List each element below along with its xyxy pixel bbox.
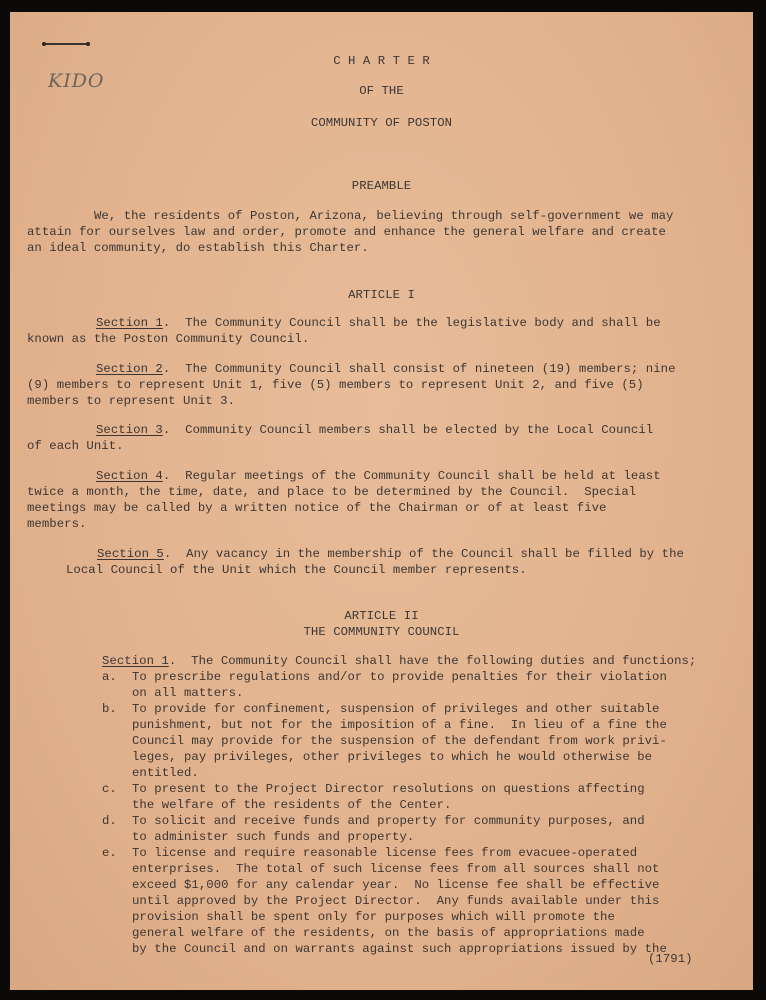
item-line: on all matters. xyxy=(132,686,243,700)
section-label: Section 1 xyxy=(96,316,163,330)
item-letter: d. xyxy=(102,814,117,828)
item-line: To present to the Project Director resol… xyxy=(132,782,645,796)
item-line: Council may provide for the suspension o… xyxy=(132,734,667,748)
title-charter: C H A R T E R xyxy=(10,54,753,68)
article-2-heading: ARTICLE II xyxy=(10,609,753,623)
section-label: Section 1 xyxy=(102,654,169,668)
item-line: general welfare of the residents, on the… xyxy=(132,926,645,940)
page-number: (1791) xyxy=(648,952,693,966)
item-letter: e. xyxy=(102,846,117,860)
section-label: Section 3 xyxy=(96,423,163,437)
section-4-line: members. xyxy=(27,517,86,531)
title-of-the: OF THE xyxy=(10,84,753,98)
item-line: punishment, but not for the imposition o… xyxy=(132,718,667,732)
staple-mark xyxy=(44,43,88,45)
section-3-line: of each Unit. xyxy=(27,439,124,453)
item-line: to administer such funds and property. xyxy=(132,830,414,844)
section-label: Section 2 xyxy=(96,362,163,376)
item-line: until approved by the Project Director. … xyxy=(132,894,659,908)
preamble-line: attain for ourselves law and order, prom… xyxy=(27,225,666,239)
preamble-heading: PREAMBLE xyxy=(10,179,753,193)
section-4-first-line: Section 4. Regular meetings of the Commu… xyxy=(96,469,661,483)
item-line: leges, pay privileges, other privileges … xyxy=(132,750,652,764)
item-line: enterprises. The total of such license f… xyxy=(132,862,659,876)
item-line: the welfare of the residents of the Cent… xyxy=(132,798,451,812)
item-letter: c. xyxy=(102,782,117,796)
item-line: To solicit and receive funds and propert… xyxy=(132,814,645,828)
title-community: COMMUNITY OF POSTON xyxy=(10,116,753,130)
section-5-line: Local Council of the Unit which the Coun… xyxy=(66,563,527,577)
section-label: Section 5 xyxy=(97,547,164,561)
section-2-first-line: Section 2. The Community Council shall c… xyxy=(96,362,676,376)
article-1-heading: ARTICLE I xyxy=(10,288,753,302)
item-line: exceed $1,000 for any calendar year. No … xyxy=(132,878,659,892)
section-1-line: known as the Poston Community Council. xyxy=(27,332,309,346)
preamble-line: We, the residents of Poston, Arizona, be… xyxy=(94,209,674,223)
item-line: To prescribe regulations and/or to provi… xyxy=(132,670,667,684)
item-letter: b. xyxy=(102,702,117,716)
item-line: by the Council and on warrants against s… xyxy=(132,942,667,956)
article-2-section-1: Section 1. The Community Council shall h… xyxy=(102,654,696,668)
section-4-line: meetings may be called by a written noti… xyxy=(27,501,607,515)
item-line: entitled. xyxy=(132,766,199,780)
preamble-line: an ideal community, do establish this Ch… xyxy=(27,241,369,255)
item-line: To provide for confinement, suspension o… xyxy=(132,702,659,716)
section-1-first-line: Section 1. The Community Council shall b… xyxy=(96,316,661,330)
section-2-line: (9) members to represent Unit 1, five (5… xyxy=(27,378,644,392)
section-label: Section 4 xyxy=(96,469,163,483)
article-2-subheading: THE COMMUNITY COUNCIL xyxy=(10,625,753,639)
section-5-first-line: Section 5. Any vacancy in the membership… xyxy=(97,547,684,561)
section-2-line: members to represent Unit 3. xyxy=(27,394,235,408)
document-page: KIDO C H A R T E R OF THE COMMUNITY OF P… xyxy=(10,12,753,990)
section-4-line: twice a month, the time, date, and place… xyxy=(27,485,636,499)
section-3-first-line: Section 3. Community Council members sha… xyxy=(96,423,653,437)
item-line: provision shall be spent only for purpos… xyxy=(132,910,615,924)
item-line: To license and require reasonable licens… xyxy=(132,846,637,860)
item-letter: a. xyxy=(102,670,117,684)
